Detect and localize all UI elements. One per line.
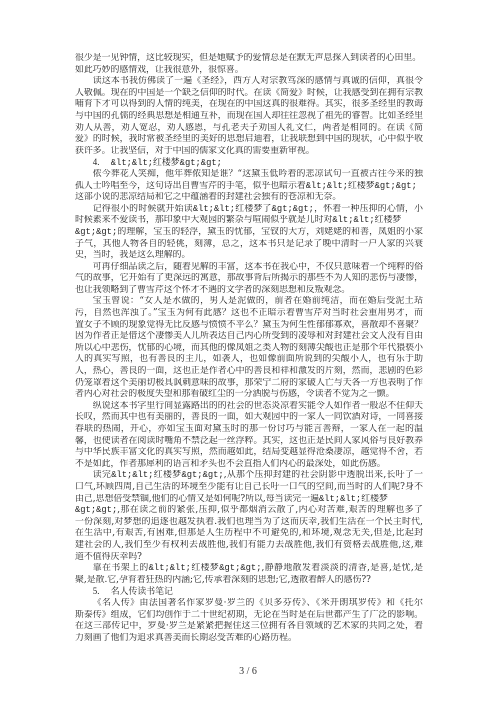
text-line: 聚,是散.它,孕育着狂热的内涵;它,传承着深刻的思想;它,透散着醉人的感伤?? [75, 575, 423, 587]
page-number: 3 / 6 [0, 666, 496, 677]
text-line: 人的真实写照，也有善良的主儿，如袭人，也如像前面所说到的尖酸小人，也有乐于助 [75, 354, 423, 366]
text-line: 侬今葬花人笑痴，他年葬侬知是谁？“这黛玉低吟着的悲凉试句一直被古往今来的独 [75, 169, 423, 181]
text-line: 仍笼罩着这个美丽切极具讽刺意味的故事，那荣宁二府的家破人亡与天各一方也表明了作 [75, 378, 423, 390]
text-line: 因为作者正是借这个凄惨美人儿所表达自己内心所受到的凌辱和对封建社会文人没有自由 [75, 331, 423, 343]
section-title: &lt;&lt;红楼梦&gt;&gt; [111, 158, 222, 168]
entity-text: &gt; [272, 204, 293, 214]
entity-text: &lt; [170, 563, 191, 573]
text-line: 由己,思想倍受禁锢,他们的心情又是如何呢?所以,每当读完一遍&lt;&lt;红楼… [75, 494, 423, 506]
text-line: 不是如此，作者那犀利的语言和矛头也不会直指人们内心的最深处，如此伤感。 [75, 459, 423, 471]
text-line: 道不值得庆幸吗? [75, 552, 423, 564]
text-line: 如此巧妙的感情戏，让我很意外，很惊喜。 [75, 65, 423, 77]
text-line: 斯泰传》组成，它们均创作于二十世纪初期，无论在当时是在后世都产生了广泛的影响。 [75, 610, 423, 622]
entity-text: &lt; [332, 215, 353, 225]
entity-text: &gt; [180, 158, 201, 168]
text-line: 与中华民族丰富文化的真实写照，然而越如此，结局变越显得沧桑凄凉，越觉得不舍，若 [75, 447, 423, 459]
section-title: 名人传读书笔记 [111, 587, 173, 597]
text-line: 获许多。让我坚信，对于中国的儒家文化真的需要重新审视。 [75, 146, 423, 158]
text-line: 宝玉曾说：“女人是水做的，男人是泥做的，前者在婚前纯洁，而在婚后受泥土玷 [75, 296, 423, 308]
text-line: &gt;&gt;的理解，宝玉的轻浮，黛玉的忧郁，宝钗的大方，刘姥姥的和善，凤姐的… [75, 227, 423, 239]
section-heading: 4.&lt;&lt;红楼梦&gt;&gt; [75, 157, 423, 169]
text-line: 《名人传》由法国著名作家罗曼·罗兰的《贝多芬传》、《米开朗琪罗传》和《托尔 [75, 598, 423, 610]
text-line: 所以心中悲伤，忧郁的心境，而其他的像凤姐之类人物的刻薄尖酸也正是那个年代猥亵小 [75, 343, 423, 355]
document-body: 很少是一见钟情，这比较现实，但是她赋予的爱情总是在默无声息探入到读者的心田里。如… [75, 53, 423, 644]
text-line: 一份深刻,对梦想的追逐也越发执着.我们也理当为了这而庆幸,我们生活在一个民主时代… [75, 517, 423, 529]
text-line: 劝人从善，劝人宽忍，劝人感恩，与孔老夫子劝国人礼文仁，两者是相同的。在读《简 [75, 123, 423, 135]
text-line: 口气,环顾四周,自己生活的环境至少能有让自己长吁一口气的空间,而当时的人们呢?身… [75, 482, 423, 494]
entity-text: &gt; [75, 227, 96, 237]
text-line: 子气，其他人物各自的轻佻，刻薄，总之，这本书只是记录了晚中清时一户人家的兴衰 [75, 239, 423, 251]
entity-text: &lt; [327, 181, 348, 191]
entity-text: &gt; [181, 470, 202, 480]
entity-text: &lt; [214, 204, 235, 214]
entity-text: &gt; [201, 158, 222, 168]
text-line: 馨，也使读者在阅读时嘴角不禁泛起一丝浮粹。其实，这也正是民间人家风俗与良好教养 [75, 436, 423, 448]
text-line: 很少是一见钟情，这比较现实，但是她赋予的爱情总是在默无声息探入到读者的心田里。 [75, 53, 423, 65]
entity-text: &gt; [96, 227, 117, 237]
text-line: 在生活中,有艰苦,有困难,但那是人生历程中不可避免的,和环境,观念无关,但是,比… [75, 528, 423, 540]
entity-text: &lt; [149, 563, 170, 573]
entity-text: &gt; [375, 181, 396, 191]
entity-text: &lt; [132, 158, 153, 168]
text-line: 读这本书我仿佛读了一遍《圣经》，西方人对宗教笃深的感情与真诚的信仰，真很令 [75, 76, 423, 88]
entity-text: &lt; [111, 470, 132, 480]
text-line: 污，自然也浑浊了。”宝玉为何有此感？这也不正暗示着曹雪芹对当时社会重用男才，而 [75, 308, 423, 320]
text-line: 靠在书架上的&lt;&lt;红楼梦&gt;&gt;,静静地散发着淡淡的清香,是喜… [75, 563, 423, 575]
text-line: 记得很小的时候就开始读&lt;&lt;红楼梦了&gt;&gt;，怀着一种压抑的心… [75, 204, 423, 216]
text-line: 时候素来不爱读书，那印象中大观园的繁杂与喧闹似乎就是儿时对&lt;&lt;红楼梦 [75, 215, 423, 227]
entity-text: &lt; [193, 204, 214, 214]
entity-text: &lt; [132, 470, 153, 480]
text-line: 史，当时，我是这么理解的。 [75, 250, 423, 262]
entity-text: &gt; [240, 563, 261, 573]
text-line: 置女子不顾的现象觉得无比反感与愤愤不平么？黛玉为何生性郁郁寡欢，喜散却不喜聚？ [75, 320, 423, 332]
text-line: 人敬佩。现在的中国是一个缺乏信仰的时代。在读《简爱》时候，让我感受到在拥有宗教 [75, 88, 423, 100]
entity-text: &lt; [306, 181, 327, 191]
text-line: 哺育下才可以得到的人情的纯美，在现在的中国这真的很难得。其实，很多圣经里的教诲 [75, 99, 423, 111]
text-line: 春联的热闹，开心，亦如宝玉面对黛玉时的那一份讨巧与能言善辩，一家人在一起的温 [75, 424, 423, 436]
text-line: 孤人士吟唱至今，这句诗出自曹雪芹的手笔，似乎也暗示着&lt;&lt;红楼梦&gt… [75, 181, 423, 193]
entity-text: &gt; [75, 505, 96, 515]
entity-text: &lt; [354, 215, 375, 225]
text-line: 者内心对社会的极度失望和那看破红尘的一分洒脱与伤感，令读者不觉为之一颤。 [75, 389, 423, 401]
section-number: 5. [93, 586, 111, 598]
text-line: 人，热心，善良的一面，这也正是作者心中的善良和祥和激发的片刻，然而，悲剧的色彩 [75, 366, 423, 378]
text-line: 读完&lt;&lt;红楼梦&gt;&gt;,从那个压抑封建的社会阴影中透脱出来,… [75, 470, 423, 482]
text-line: 气的故事，它开始有了更深远的寓意，那故事背后所揭示的那些不为人知的悲伤与凄惨， [75, 273, 423, 285]
text-line: &gt;&gt;,那在读之前的紧张,压抑,似乎都烟消云散了,内心对苦难,艰苦的理… [75, 505, 423, 517]
text-line: 长叹，然而其中也有美丽的，善良的一面，如大观园中的一家人一同饮酒对诗，一同喜接 [75, 412, 423, 424]
entity-text: &gt; [396, 181, 417, 191]
entity-text: &lt; [340, 494, 361, 504]
text-line: 建社会的人,我们至少有权利去战胜他,我们有能力去战胜他,我们有资格去战胜他,这,… [75, 540, 423, 552]
document-page: 很少是一见钟情，这比较现实，但是她赋予的爱情总是在默无声息探入到读者的心田里。如… [0, 0, 500, 707]
entity-text: &gt; [96, 505, 117, 515]
entity-text: &gt; [203, 470, 224, 480]
text-line: 可再仔细品读之后，随着见解的丰富，这本书在我心中，不仅只意味着一个纯粹的俗 [75, 262, 423, 274]
text-line: 力刻画了他们为追求真善美而长期忍受苦难的心路历程。 [75, 633, 423, 645]
text-line: 这部小说的悲凉结局和它之中蕴涵着的封建社会独有的苍凉和无奈。 [75, 192, 423, 204]
text-line: 与中国的孔儒的经典思想是相通互补，而现在国人却往往忽视了祖先的睿智。比如圣经里 [75, 111, 423, 123]
entity-text: &lt; [319, 494, 340, 504]
section-heading: 5.名人传读书笔记 [75, 586, 423, 598]
text-line: 也让我领略到了曹雪芹这个怀才不遇的文学者的深刻思想和反叛观念。 [75, 285, 423, 297]
entity-text: &gt; [219, 563, 240, 573]
entity-text: &gt; [293, 204, 314, 214]
text-line: 纵说这本书字里行间显露路出的的社会的世态炎凉着实能令人如作者一般忍不住仰天 [75, 401, 423, 413]
entity-text: &lt; [111, 158, 132, 168]
section-number: 4. [93, 157, 111, 169]
text-line: 爱》的时候，我时常被圣经里的美好的思想启迪着，让我联想到中国的现状，心中似乎收 [75, 134, 423, 146]
text-line: 在这三部传记中，罗曼·罗兰是紧紧把握住这三位拥有各自领域的艺术家的共同之处，着 [75, 621, 423, 633]
